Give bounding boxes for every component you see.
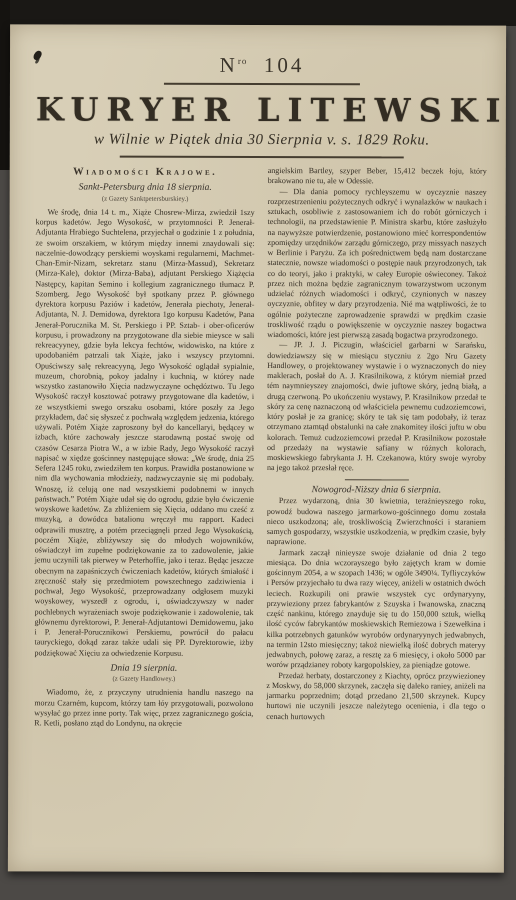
article-paragraph: We środę, dnia 14 t. m., Xiąże Chosrew-M… (34, 207, 254, 659)
left-column: Wiadomości Krajowe. Sankt-Petersburg dni… (34, 165, 254, 729)
article1-source-note: (z Gazety Sanktpetersburskiey.) (36, 194, 255, 205)
newspaper-title: KURYER LITEWSKI (36, 90, 488, 129)
article-paragraph: Jarmark zaczął ninieysze swoje działanie… (266, 548, 485, 672)
article2-source-note: (z Gazety Handlowey.) (34, 674, 253, 685)
backdrop-left-edge (0, 0, 10, 170)
scanned-newspaper-photo: Nro 104 KURYER LITEWSKI w Wilnie w Piąte… (0, 0, 516, 900)
right-column: angielskim Bartley, szyper Beber, 15,412… (266, 166, 486, 730)
article1-subhead: Sankt-Petersburg dnia 18 sierpnia. (36, 183, 255, 194)
backdrop-top-band (0, 0, 516, 26)
masthead: Nro 104 KURYER LITEWSKI w Wilnie w Piąte… (36, 52, 488, 158)
article-paragraph: Przedaż herbaty, dostarczoney z Kiachty,… (266, 671, 485, 723)
article3-subhead: Nowogrod-Niższy dnia 6 sierpnia. (267, 485, 486, 496)
article-paragraph: Przez wydarzoną, dnia 30 kwietnia, teraź… (267, 496, 486, 548)
masthead-rule-bottom (120, 156, 404, 159)
article-paragraph: — Dla dania pomocy rychleyszemu w oyczyz… (267, 187, 486, 341)
section-divider-rule (344, 479, 408, 481)
issue-superscript: ro (238, 56, 248, 66)
article-columns: Wiadomości Krajowe. Sankt-Petersburg dni… (34, 165, 487, 729)
article-paragraph-continuation: angielskim Bartley, szyper Beber, 15,412… (268, 166, 487, 187)
section-heading-wiadomosci-krajowe: Wiadomości Krajowe. (36, 167, 255, 178)
masthead-rule-top (164, 83, 360, 86)
masthead-dateline: w Wilnie w Piątek dnia 30 Sierpnia v. s.… (36, 131, 488, 149)
newspaper-page: Nro 104 KURYER LITEWSKI w Wilnie w Piąte… (8, 24, 506, 872)
article-paragraph: — JP. J. J. Piczugin, właściciel garbarn… (267, 340, 486, 474)
issue-number: Nro 104 (36, 52, 488, 78)
article2-subhead: Dnia 19 sierpnia. (34, 663, 253, 674)
article-paragraph: Wiadomo, że, z przyczyny utrudnienia han… (34, 688, 253, 730)
